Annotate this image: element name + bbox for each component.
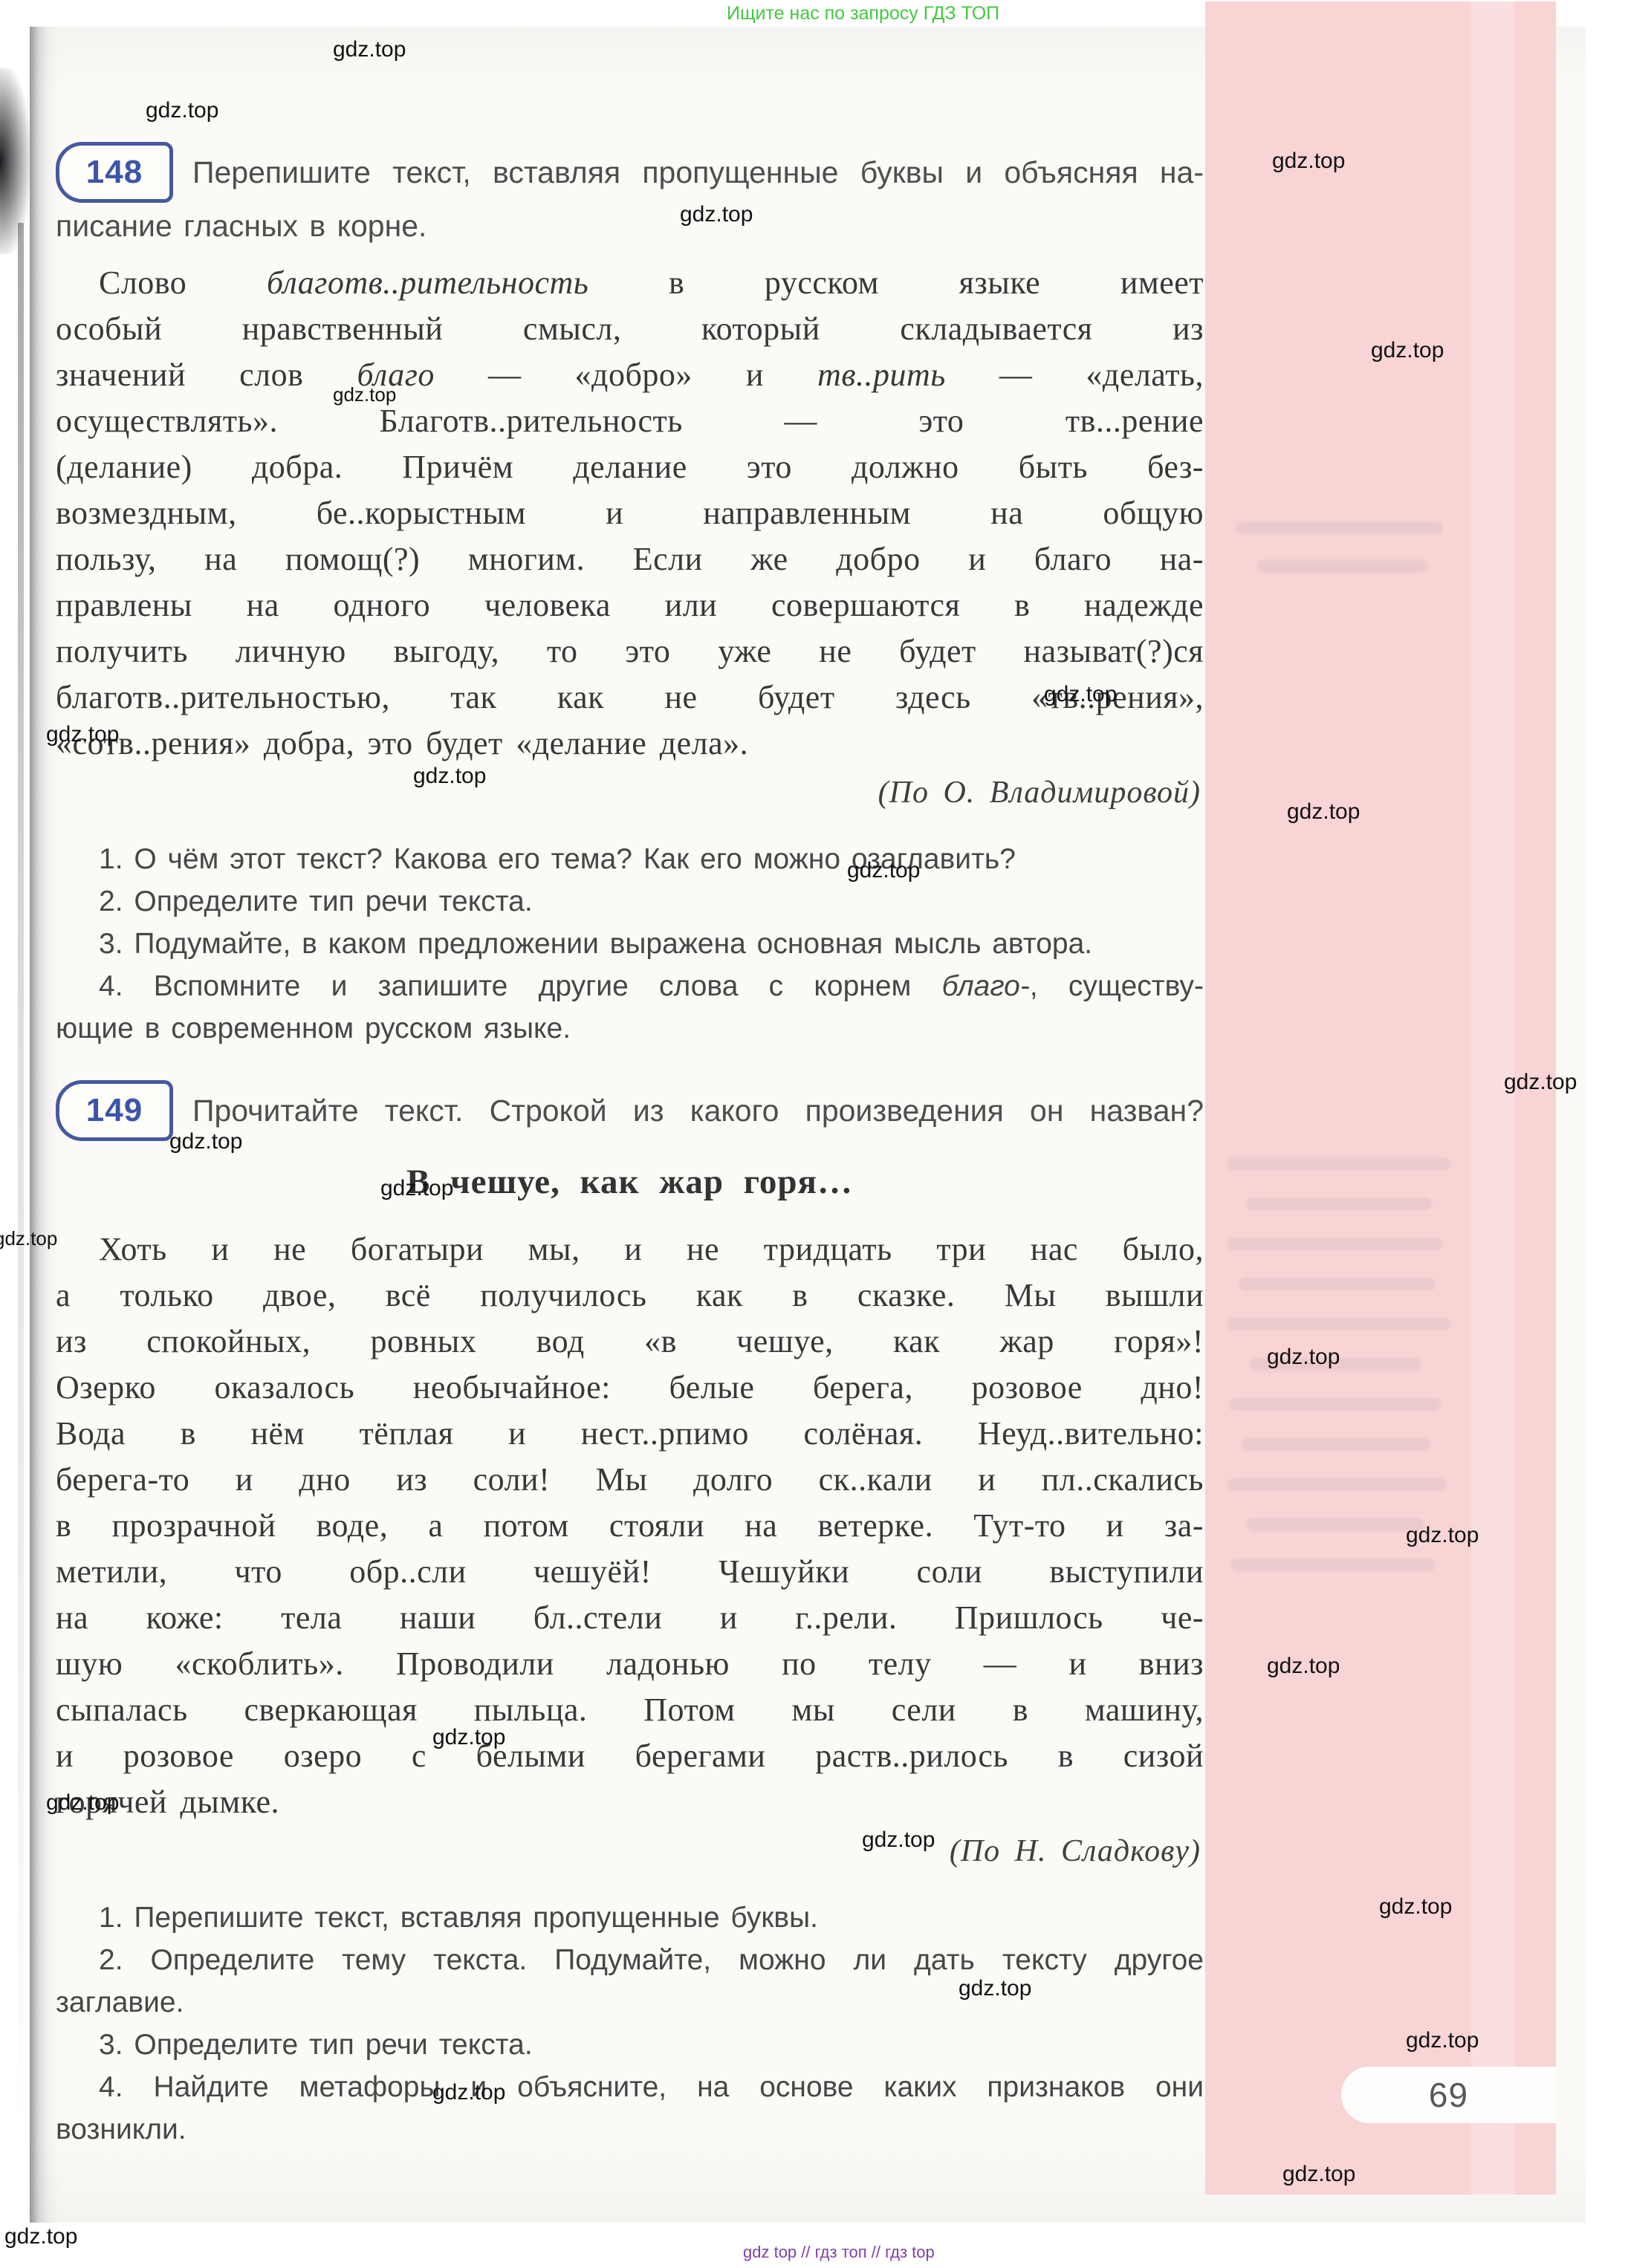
gdz-watermark: gdz.top bbox=[380, 1176, 453, 1201]
gdz-watermark: gdz.top bbox=[862, 1827, 935, 1853]
text-line: возмездным, бе..корыстным и направленным… bbox=[56, 490, 1204, 536]
text-line: 1. Перепишите текст, вставляя пропущенны… bbox=[56, 1897, 1204, 1939]
text-line: 3. Определите тип речи текста. bbox=[56, 2024, 1204, 2066]
text-line: метили, что обр..сли чешуёй! Чешуйки сол… bbox=[56, 1549, 1204, 1595]
gdz-watermark: gdz.top bbox=[146, 98, 218, 123]
gdz-watermark: gdz.top bbox=[680, 202, 753, 227]
bleedthrough-line bbox=[1227, 1157, 1450, 1170]
text-line: Вода в нём тёплая и нест..рпимо солёная.… bbox=[56, 1411, 1204, 1457]
text-line: осуществлять». Благотв..рительность — эт… bbox=[56, 398, 1204, 444]
bleedthrough-line bbox=[1257, 560, 1428, 573]
exercise-148-text: Слово благотв..рительность в русском язы… bbox=[56, 260, 1204, 767]
text-line: особый нравственный смысл, который склад… bbox=[56, 306, 1204, 352]
text-line: получить личную выгоду, то это уже не бу… bbox=[56, 628, 1204, 675]
text-line: правлены на одного человека или совершаю… bbox=[56, 582, 1204, 628]
gdz-watermark: gdz.top bbox=[46, 1790, 119, 1816]
gdz-watermark: gdz.top bbox=[432, 1725, 505, 1750]
gdz-watermark: gdz.top bbox=[432, 2080, 505, 2105]
text-line: значений слов благо — «добро» и тв..рить… bbox=[56, 352, 1204, 398]
exercise-148-instruction-line2: писание гласных в корне. bbox=[56, 204, 1204, 248]
gdz-watermark: gdz.top bbox=[333, 383, 396, 406]
bleedthrough-line bbox=[1229, 1398, 1441, 1411]
gdz-watermark: gdz.top bbox=[1267, 1654, 1340, 1679]
bleedthrough-line bbox=[1239, 1278, 1436, 1290]
exercise-number-badge: 149 bbox=[56, 1080, 173, 1141]
text-line: берега-то и дно из соли! Мы долго ск..ка… bbox=[56, 1457, 1204, 1503]
gdz-watermark: gdz.top bbox=[1272, 149, 1345, 174]
text-line: из спокойных, ровных вод «в чешуе, как ж… bbox=[56, 1319, 1204, 1365]
gdz-watermark: gdz.top bbox=[1044, 682, 1117, 707]
gdz-watermark: gdz.top bbox=[1267, 1345, 1340, 1370]
exercise-148-header: 148 Перепишите текст, вставляя пропущенн… bbox=[56, 143, 1204, 202]
text-line: пользу, на помощ(?) многим. Если же добр… bbox=[56, 536, 1204, 582]
gdz-watermark: gdz.top bbox=[1504, 1070, 1577, 1095]
gdz-watermark: gdz.top bbox=[0, 1227, 57, 1250]
gdz-watermark: gdz.top bbox=[1371, 338, 1444, 363]
book-spine-corner-shadow bbox=[0, 68, 30, 254]
gdz-watermark: gdz.top bbox=[1379, 1894, 1452, 1920]
text-line: Слово благотв..рительность в русском язы… bbox=[56, 260, 1204, 306]
text-line: и розовое озеро с белыми берегами раств.… bbox=[56, 1733, 1204, 1779]
text-line: (делание) добра. Причём делание это долж… bbox=[56, 444, 1204, 490]
text-line: в прозрачной воде, а потом стояли на вет… bbox=[56, 1503, 1204, 1549]
bleedthrough-line bbox=[1227, 1478, 1447, 1491]
exercise-148-questions: 1. О чём этот текст? Какова его тема? Ка… bbox=[56, 838, 1204, 1050]
text-line: Озерко оказалось необычайное: белые бере… bbox=[56, 1365, 1204, 1411]
text-line: 2. Определите тему текста. Подумайте, мо… bbox=[56, 1939, 1204, 1981]
text-line: «сотв..рения» добра, это будет «делание … bbox=[56, 721, 1204, 767]
bleedthrough-line bbox=[1246, 1198, 1432, 1210]
pink-column-light-stripe bbox=[1471, 1, 1514, 2194]
gdz-watermark: gdz.top bbox=[1287, 799, 1360, 825]
page-number-pill: 69 bbox=[1341, 2067, 1556, 2123]
bleedthrough-line bbox=[1246, 1518, 1424, 1531]
gdz-watermark: gdz.top bbox=[333, 37, 406, 62]
exercise-number: 148 bbox=[86, 154, 143, 191]
bottom-search-banner: gdz top // гдз топ // гдз top bbox=[743, 2243, 935, 2262]
bleedthrough-line bbox=[1230, 1559, 1435, 1571]
gdz-watermark: gdz.top bbox=[1282, 2162, 1355, 2187]
text-line: 4. Вспомните и запишите другие слова с к… bbox=[56, 965, 1204, 1007]
pink-margin-column bbox=[1205, 1, 1556, 2194]
text-line: 4. Найдите метафоры и объясните, на осно… bbox=[56, 2066, 1204, 2108]
text-line: 2. Определите тип речи текста. bbox=[56, 880, 1204, 923]
exercise-number-badge: 148 bbox=[56, 142, 173, 203]
bleedthrough-line bbox=[1227, 1238, 1443, 1250]
book-spine-edge bbox=[18, 223, 24, 2125]
exercise-number: 149 bbox=[86, 1092, 143, 1129]
exercise-148-instruction-line1: Перепишите текст, вставляя пропущенные б… bbox=[192, 155, 1204, 190]
text-line: возникли. bbox=[56, 2108, 1204, 2151]
text-line: 1. О чём этот текст? Какова его тема? Ка… bbox=[56, 838, 1204, 880]
text-line: на коже: тела наши бл..стели и г..рели. … bbox=[56, 1595, 1204, 1641]
text-line: 3. Подумайте, в каком предложении выраже… bbox=[56, 923, 1204, 965]
exercise-149-text: Хоть и не богатыри мы, и не тридцать три… bbox=[56, 1226, 1204, 1825]
exercise-149-instruction: Прочитайте текст. Строкой из какого прои… bbox=[192, 1094, 1204, 1128]
bleedthrough-line bbox=[1241, 1438, 1430, 1451]
exercise-149-attribution: (По Н. Сладкову) bbox=[56, 1828, 1204, 1874]
gdz-watermark: gdz.top bbox=[46, 722, 119, 747]
gdz-watermark: gdz.top bbox=[1406, 2028, 1479, 2053]
gdz-watermark: gdz.top bbox=[4, 2224, 77, 2249]
text-line: горячей дымке. bbox=[56, 1779, 1204, 1825]
bleedthrough-line bbox=[1227, 1318, 1450, 1330]
text-line: шую «скоблить». Проводили ладонью по тел… bbox=[56, 1641, 1204, 1687]
gdz-watermark: gdz.top bbox=[1406, 1523, 1479, 1548]
text-line: благотв..рительностью, так как не будет … bbox=[56, 675, 1204, 721]
gdz-watermark: gdz.top bbox=[847, 858, 920, 883]
text-line: сыпалась сверкающая пыльца. Потом мы сел… bbox=[56, 1687, 1204, 1733]
bleedthrough-line bbox=[1235, 521, 1443, 534]
gdz-watermark: gdz.top bbox=[959, 1976, 1031, 2001]
text-line: а только двое, всё получилось как в сказ… bbox=[56, 1273, 1204, 1319]
gdz-watermark: gdz.top bbox=[169, 1129, 242, 1154]
exercise-149-questions: 1. Перепишите текст, вставляя пропущенны… bbox=[56, 1897, 1204, 2151]
exercise-149-title: В чешуе, как жар горя… bbox=[56, 1158, 1204, 1206]
exercise-148-attribution: (По О. Владимировой) bbox=[56, 770, 1204, 816]
page-number: 69 bbox=[1429, 2075, 1468, 2115]
text-line: Хоть и не богатыри мы, и не тридцать три… bbox=[56, 1226, 1204, 1273]
text-line: ющие в современном русском языке. bbox=[56, 1007, 1204, 1050]
top-search-banner: Ищите нас по запросу ГДЗ ТОП bbox=[727, 3, 999, 25]
gdz-watermark: gdz.top bbox=[413, 764, 486, 789]
